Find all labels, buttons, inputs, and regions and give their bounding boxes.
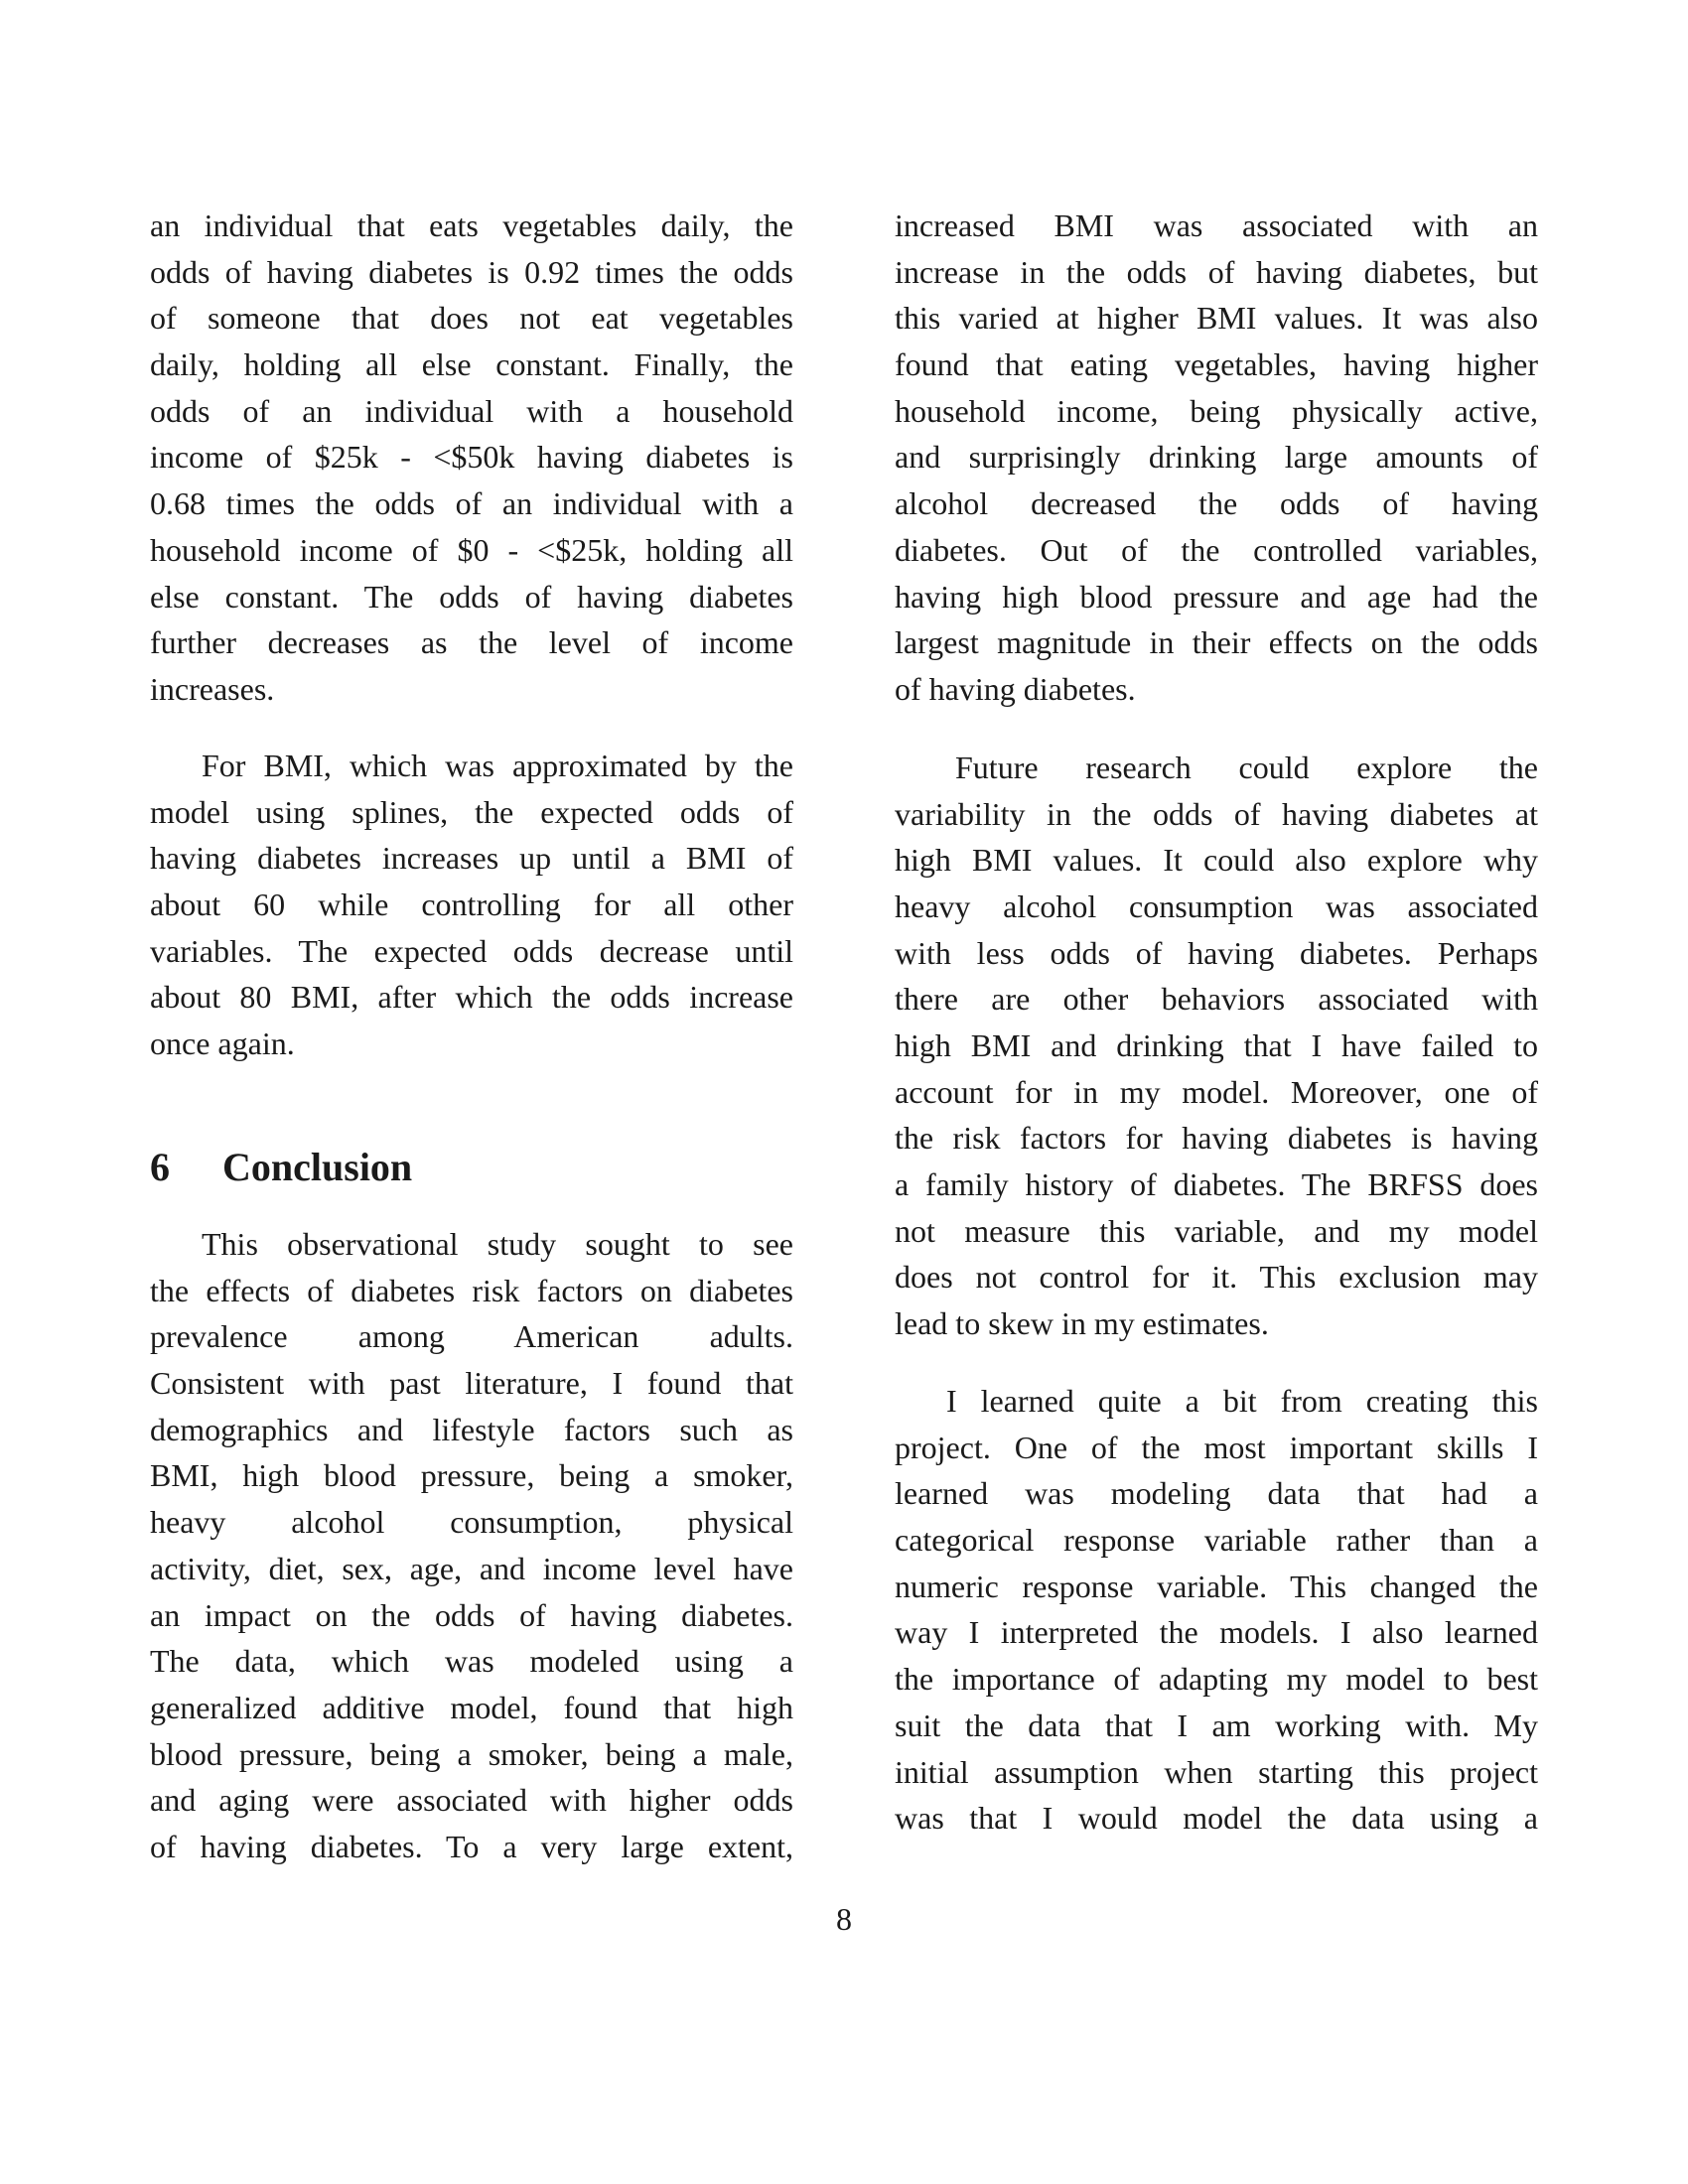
text-line: variability in the odds of having diabet… [895,791,1538,837]
text-line: not measure this variable, and my model [895,1208,1538,1254]
text-line: The data, which was modeled using a [150,1638,793,1684]
section-title: Conclusion [222,1145,412,1189]
text-line: way I interpreted the models. I also lea… [895,1609,1538,1655]
text-line: This observational study sought to see [150,1221,793,1267]
text-line: daily, holding all else constant. Finall… [150,341,793,387]
text-line: 0.68 times the odds of an individual wit… [150,480,793,526]
text-line: alcohol decreased the odds of having [895,480,1538,526]
text-line: learned was modeling data that had a [895,1470,1538,1516]
text-line: of having diabetes. To a very large exte… [150,1824,793,1869]
text-line: the risk factors for having diabetes is … [895,1115,1538,1160]
section-heading: 6Conclusion [150,1143,412,1192]
text-line: about 80 BMI, after which the odds incre… [150,974,793,1020]
text-line: and aging were associated with higher od… [150,1777,793,1823]
text-line: income of $25k - <$50k having diabetes i… [150,434,793,479]
text-line: else constant. The odds of having diabet… [150,574,793,619]
text-line: increased BMI was associated with an [895,203,1538,248]
text-line: there are other behaviors associated wit… [895,976,1538,1022]
text-line: model using splines, the expected odds o… [150,789,793,835]
text-line: the importance of adapting my model to b… [895,1656,1538,1702]
text-line: activity, diet, sex, age, and income lev… [150,1546,793,1591]
text-line: the effects of diabetes risk factors on … [150,1268,793,1313]
text-line: was that I would model the data using a [895,1795,1538,1841]
text-line: blood pressure, being a smoker, being a … [150,1731,793,1777]
text-line: found that eating vegetables, having hig… [895,341,1538,387]
text-line: with less odds of having diabetes. Perha… [895,930,1538,976]
text-line: increases. [150,666,793,712]
text-line: heavy alcohol consumption, physical [150,1499,793,1545]
text-line: prevalence among American adults. [150,1313,793,1359]
text-line: high BMI values. It could also explore w… [895,837,1538,883]
text-line: of having diabetes. [895,666,1538,712]
text-line: project. One of the most important skill… [895,1425,1538,1470]
text-line: about 60 while controlling for all other [150,882,793,927]
text-line: categorical response variable rather tha… [895,1517,1538,1563]
text-line: an individual that eats vegetables daily… [150,203,793,248]
text-line: variables. The expected odds decrease un… [150,928,793,974]
text-line: initial assumption when starting this pr… [895,1749,1538,1795]
text-line: further decreases as the level of income [150,619,793,665]
text-line: diabetes. Out of the controlled variable… [895,527,1538,573]
text-line: numeric response variable. This changed … [895,1564,1538,1609]
page-number: 8 [0,1896,1688,1942]
text-line: BMI, high blood pressure, being a smoker… [150,1452,793,1498]
text-line: For BMI, which was approximated by the [150,743,793,788]
text-line: lead to skew in my estimates. [895,1300,1538,1346]
text-line: Future research could explore the [895,745,1538,790]
text-line: generalized additive model, found that h… [150,1685,793,1730]
text-line: suit the data that I am working with. My [895,1703,1538,1748]
text-line: once again. [150,1021,793,1066]
text-line: odds of having diabetes is 0.92 times th… [150,249,793,295]
text-line: an impact on the odds of having diabetes… [150,1592,793,1638]
text-line: and surprisingly drinking large amounts … [895,434,1538,479]
text-line: a family history of diabetes. The BRFSS … [895,1161,1538,1207]
text-line: Consistent with past literature, I found… [150,1360,793,1406]
text-line: this varied at higher BMI values. It was… [895,295,1538,341]
text-line: largest magnitude in their effects on th… [895,619,1538,665]
text-line: household income, being physically activ… [895,388,1538,434]
text-line: demographics and lifestyle factors such … [150,1407,793,1452]
text-line: account for in my model. Moreover, one o… [895,1069,1538,1115]
text-line: increase in the odds of having diabetes,… [895,249,1538,295]
text-line: does not control for it. This exclusion … [895,1254,1538,1299]
text-line: odds of an individual with a household [150,388,793,434]
text-line: high BMI and drinking that I have failed… [895,1023,1538,1068]
text-line: of someone that does not eat vegetables [150,295,793,341]
text-line: heavy alcohol consumption was associated [895,884,1538,929]
text-line: I learned quite a bit from creating this [895,1378,1538,1424]
section-number: 6 [150,1143,222,1192]
text-line: having high blood pressure and age had t… [895,574,1538,619]
text-line: household income of $0 - <$25k, holding … [150,527,793,573]
text-line: having diabetes increases up until a BMI… [150,835,793,881]
